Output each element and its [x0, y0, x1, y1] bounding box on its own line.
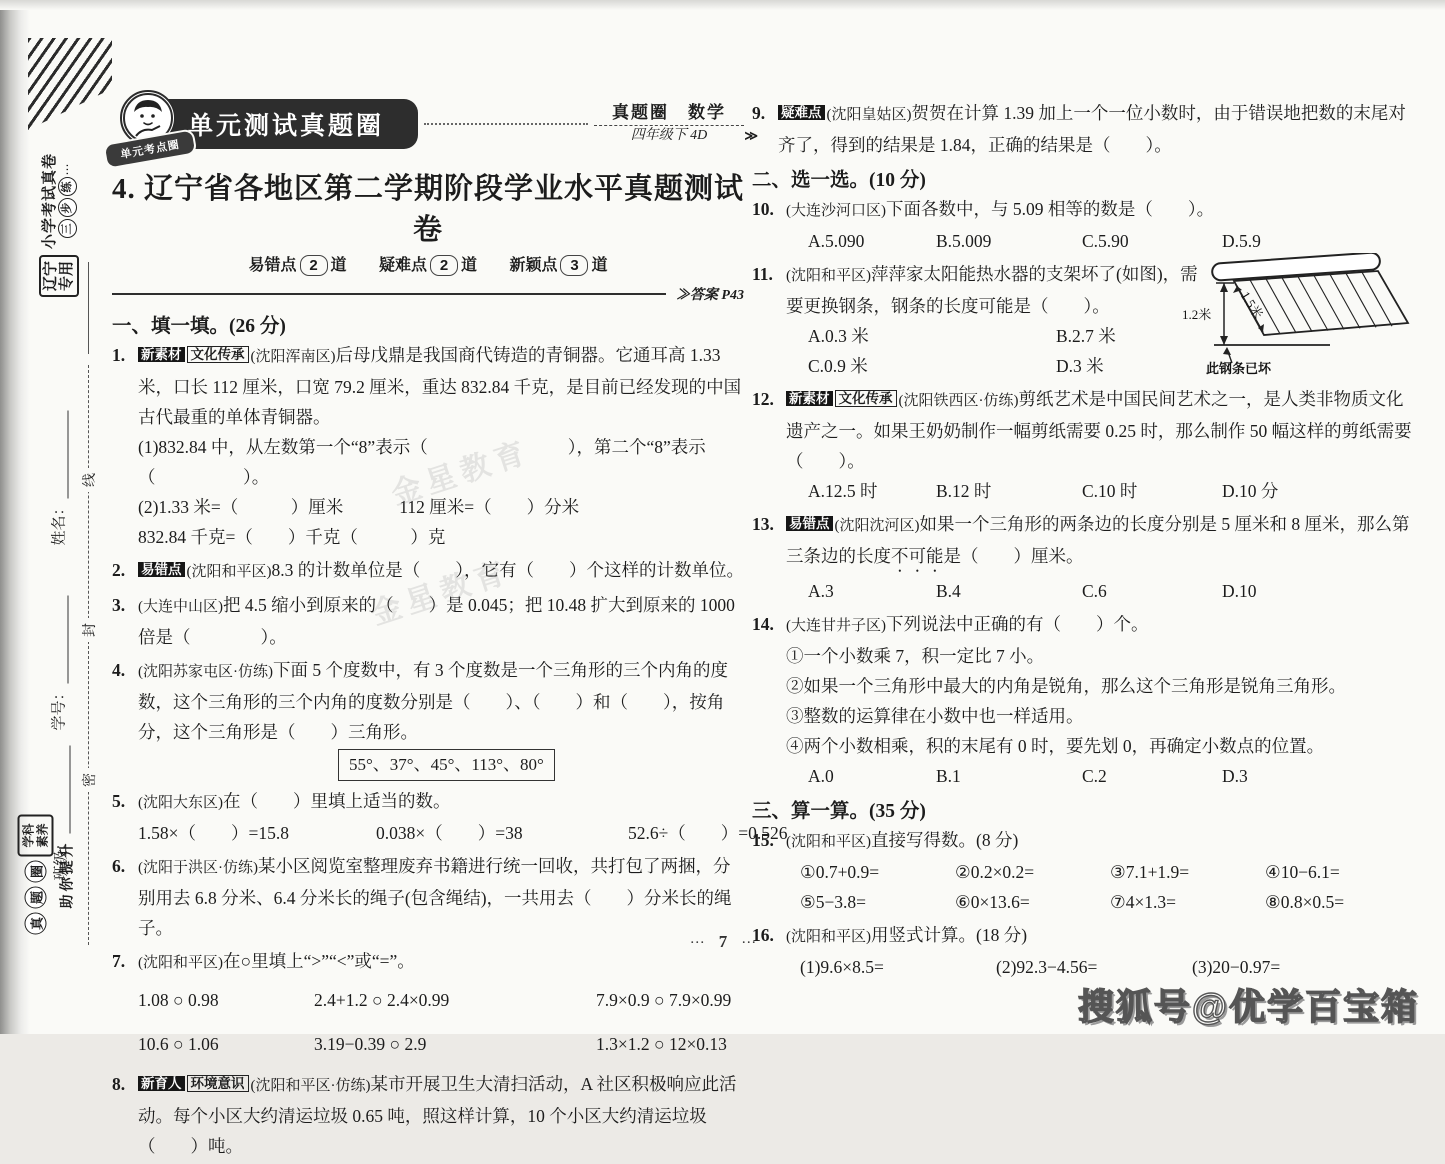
- badge-series-title: 小学考试真卷: [41, 153, 58, 249]
- option-d: D.10 分: [1222, 476, 1414, 506]
- step-circle-1: 三: [58, 220, 77, 239]
- question-source: (沈阳大东区): [138, 795, 223, 811]
- question-source: (沈阳和平区): [786, 834, 871, 850]
- tag-new-material: 新素材: [786, 391, 833, 406]
- question-text: 在○里填上“>”“<”或“=”。: [223, 951, 415, 971]
- brand-circle-zhen: 真: [25, 913, 47, 935]
- question-10: 10. (大连沙河口区)下面各数中，与 5.09 相等的数是（ ）。 A.5.0…: [752, 194, 1414, 256]
- statement-3: ③整数的运算律在小数中也一样适用。: [786, 701, 1414, 731]
- student-id-field: 学号：: [48, 571, 69, 731]
- emphasized-text: 不可能: [891, 546, 944, 566]
- section-3-title: 三、算一算。(35 分): [752, 795, 1414, 823]
- brand-slogan: 助你提升: [57, 841, 77, 909]
- header-rule: ≫答案 P43: [112, 284, 744, 304]
- option-a: A.5.090: [808, 226, 936, 256]
- statement-2: ②如果一个三角形中最大的内角是锐角，那么这个三角形是锐角三角形。: [786, 671, 1414, 701]
- options-row: A.3 B.4 C.6 D.10: [808, 576, 1414, 606]
- question-7: 7. (沈阳和平区)在○里填上“>”“<”或“=”。 1.08 ○ 0.98 2…: [112, 946, 744, 1034]
- question-4: 4. (沈阳苏家屯区·仿练)下面 5 个度数中，有 3 个度数是一个三角形的三个…: [112, 655, 744, 783]
- question-source: (沈阳沈河区): [835, 518, 920, 534]
- tag-easy-mistake: 易错点: [138, 562, 185, 577]
- series-name: 真题圈 数学: [594, 103, 744, 126]
- dotted-leader: [424, 123, 588, 125]
- question-11: 11. (沈阳和平区)萍萍家太阳能热水器的支架坏了(如图)，需要更换钢条，钢条的…: [752, 259, 1414, 381]
- statement-4: ④两个小数相乘，积的末尾有 0 时，要先划 0，再确定小数点的位置。: [786, 731, 1414, 761]
- student-name-field: 姓名：: [48, 386, 69, 546]
- question-source: (大连沙河口区): [786, 203, 886, 219]
- option-a: A.3: [808, 576, 936, 606]
- compare-row-2: 10.6 ○ 1.06 3.19−0.39 ○ 2.9 1.3×1.2 ○ 12…: [138, 1022, 744, 1034]
- section-2-title: 二、选一选。(10 分): [752, 164, 1414, 192]
- question-13: 13. 易错点(沈阳沈河区)如果一个三角形的两条边的长度分别是 5 厘米和 8 …: [752, 509, 1414, 606]
- stat-count-badge: 3: [560, 255, 588, 276]
- mental-math-row-2: ⑤5−3.8= ⑥0×13.6= ⑦4×1.3= ⑧0.8×0.5=: [800, 887, 1414, 917]
- step-circle-3: 练: [58, 178, 77, 197]
- figure-slant-label: 1.5米: [1238, 289, 1266, 322]
- question-6: 6. (沈阳于洪区·仿练)某小区阅览室整理废弃书籍进行统一回收，共打包了两捆，分…: [112, 851, 744, 943]
- question-12: 12. 新素材文化传承(沈阳铁西区·仿练)剪纸艺术是中国民间艺术之一，是人类非物…: [752, 384, 1414, 506]
- liaoning-box: 辽宁 专用: [39, 255, 79, 297]
- brand-badge-vertical: 真 题 圈 学科素养 助你提升: [18, 780, 77, 970]
- options-row: A.12.5 时 B.12 时 C.10 时 D.10 分: [808, 476, 1414, 506]
- question-1-part3: 832.84 千克=（ ）千克（ ）克: [138, 522, 744, 552]
- tag-new-material: 新素材: [138, 347, 185, 362]
- compare-row-1: 1.08 ○ 0.98 2.4+1.2 ○ 2.4×0.99 7.9×0.9 ○…: [138, 978, 744, 1022]
- question-text-post: 是（ ）厘米。: [944, 546, 1084, 566]
- figure-height-label: 1.2米: [1182, 307, 1211, 322]
- option-c: C.0.9 米: [808, 351, 1056, 381]
- question-source: (沈阳苏家屯区·仿练): [138, 664, 273, 680]
- options-row: A.0 B.1 C.2 D.3: [808, 761, 1414, 791]
- question-source: (沈阳和平区): [786, 929, 871, 945]
- series-badge-vertical: 辽宁 专用 小学考试真卷 三 步 练 ⋯: [39, 110, 79, 340]
- option-a: A.0: [808, 761, 936, 791]
- option-c: C.5.90: [1082, 226, 1222, 256]
- option-c: C.10 时: [1082, 476, 1222, 506]
- tag-easy-mistake: 易错点: [786, 516, 833, 531]
- question-text: 在（ ）里填上适当的数。: [223, 791, 451, 811]
- badge-trail-dots: ⋯: [59, 164, 76, 176]
- sohu-watermark: 搜狐号@优学百宝箱: [1078, 979, 1419, 1030]
- tag-culture: 文化传承: [835, 390, 897, 407]
- question-source: (大连中山区): [138, 599, 223, 615]
- exam-paper-page: 辽宁 专用 小学考试真卷 三 步 练 ⋯ 姓名： 学号： 班级： 线 封 密 真…: [0, 0, 1445, 1034]
- grade-label: 四年级下 4D: [594, 126, 744, 146]
- step-circle-2: 步: [58, 199, 77, 218]
- question-source: (沈阳铁西区·仿练): [899, 393, 1019, 409]
- mental-math-row-1: ①0.7+0.9= ②0.2×0.2= ③7.1+1.9= ④10−6.1=: [800, 857, 1414, 887]
- option-a: A.12.5 时: [808, 476, 936, 506]
- name-blank-line: [68, 410, 69, 498]
- stat-difficult: 疑难点2道: [379, 257, 477, 274]
- brand-line: 真 题 圈 学科素养: [18, 815, 54, 935]
- equation-row: 1.58×（ ）=15.8 0.038×（ ）=38 52.6÷（ ）=0.52…: [138, 818, 744, 848]
- right-column: 9. 疑难点(沈阳皇姑区)贺贺在计算 1.39 加上一个一位小数时，由于错误地把…: [752, 98, 1414, 985]
- options-row: A.5.090 B.5.009 C.5.90 D.5.9: [808, 226, 1414, 256]
- question-15: 15. (沈阳和平区)直接写得数。(8 分) ①0.7+0.9= ②0.2×0.…: [752, 825, 1414, 917]
- question-source: (沈阳于洪区·仿练): [138, 860, 258, 876]
- seal-char-feng: 封: [79, 618, 99, 642]
- question-stats: 易错点2道 疑难点2道 新颖点3道: [112, 252, 744, 276]
- statement-1: ①一个小数乘 7，积一定比 7 小。: [786, 641, 1414, 671]
- tag-difficult: 疑难点: [778, 105, 825, 120]
- question-text: 下列说法中正确的有（ ）个。: [886, 614, 1149, 634]
- seal-line-solid: [88, 262, 89, 354]
- stat-count-badge: 2: [430, 255, 458, 276]
- tag-culture: 文化传承: [187, 346, 249, 363]
- seal-char-mi: 密: [79, 768, 99, 792]
- option-d: D.10: [1222, 576, 1414, 606]
- section-1-title: 一、填一填。(26 分): [112, 310, 744, 338]
- left-column: 单元考点圈 单元测试真题圈 真题圈 数学 四年级下 4D ≫ 4. 辽宁省各地区…: [112, 96, 744, 1034]
- option-b: B.4: [936, 576, 1082, 606]
- question-text: 下面各数中，与 5.09 相等的数是（ ）。: [886, 199, 1214, 219]
- vertical-calc-row: (1)9.6×8.5= (2)92.3−4.56= (3)20−0.97=: [800, 952, 1414, 982]
- question-source: (沈阳浑南区): [251, 349, 336, 365]
- question-source: (大连甘井子区): [786, 618, 886, 634]
- solar-heater-figure: 1.2米 1.5米 此钢条已坏: [1180, 253, 1412, 375]
- question-source: (沈阳和平区): [138, 955, 223, 971]
- option-b: B.12 时: [936, 476, 1082, 506]
- option-d: D.5.9: [1222, 226, 1414, 256]
- id-label: 学号：: [48, 685, 69, 730]
- badge-text-column: 小学考试真卷 三 步 练 ⋯: [41, 153, 77, 249]
- paper-title: 4. 辽宁省各地区第二学期阶段学业水平真题测试卷: [112, 166, 744, 248]
- stat-novel: 新颖点3道: [509, 257, 607, 274]
- stat-easy-mistake: 易错点2道: [249, 257, 347, 274]
- seal-fold-line: [88, 365, 89, 945]
- question-source: (沈阳和平区): [786, 268, 871, 284]
- brand-circle-quan: 圈: [25, 861, 47, 883]
- badge-box-line1: 辽宁: [43, 261, 59, 291]
- question-source: (沈阳和平区): [187, 564, 272, 580]
- page-number: ···7···: [648, 932, 798, 952]
- id-blank-line: [68, 595, 69, 683]
- name-label: 姓名：: [48, 500, 69, 545]
- question-14: 14. (大连甘井子区)下列说法中正确的有（ ）个。 ①一个小数乘 7，积一定比…: [752, 609, 1414, 791]
- question-1: 1. 新素材文化传承(沈阳浑南区)后母戊鼎是我国商代铸造的青铜器。它通耳高 1.…: [112, 340, 744, 552]
- option-b: B.1: [936, 761, 1082, 791]
- answer-reference: ≫答案 P43: [676, 284, 744, 304]
- stat-count-badge: 2: [300, 255, 328, 276]
- scan-top-shadow: [0, 0, 1445, 10]
- question-5: 5. (沈阳大东区)在（ ）里填上适当的数。 1.58×（ ）=15.8 0.0…: [112, 786, 744, 848]
- seal-char-xian: 线: [79, 468, 99, 492]
- question-text: 直接写得数。(8 分): [871, 830, 1018, 850]
- question-16: 16. (沈阳和平区)用竖式计算。(18 分) (1)9.6×8.5= (2)9…: [752, 920, 1414, 982]
- page-header: 单元考点圈 单元测试真题圈 真题圈 数学 四年级下 4D ≫: [148, 96, 744, 152]
- option-d: D.3: [1222, 761, 1414, 791]
- angle-values-box: 55°、37°、45°、113°、80°: [338, 749, 555, 781]
- question-9: 9. 疑难点(沈阳皇姑区)贺贺在计算 1.39 加上一个一位小数时，由于错误地把…: [752, 98, 1414, 160]
- figure-caption: 此钢条已坏: [1206, 361, 1272, 375]
- option-b: B.5.009: [936, 226, 1082, 256]
- brand-circle-ti: 题: [25, 887, 47, 909]
- question-source: (沈阳皇姑区): [827, 107, 912, 123]
- option-c: C.2: [1082, 761, 1222, 791]
- badge-steps: 三 步 练 ⋯: [58, 164, 77, 239]
- badge-box-line2: 专用: [59, 261, 75, 291]
- header-meta: 真题圈 数学 四年级下 4D ≫: [594, 103, 744, 146]
- subject-box: 学科素养: [18, 815, 54, 857]
- question-text: 用竖式计算。(18 分): [871, 925, 1027, 945]
- option-c: C.6: [1082, 576, 1222, 606]
- option-a: A.0.3 米: [808, 321, 1056, 351]
